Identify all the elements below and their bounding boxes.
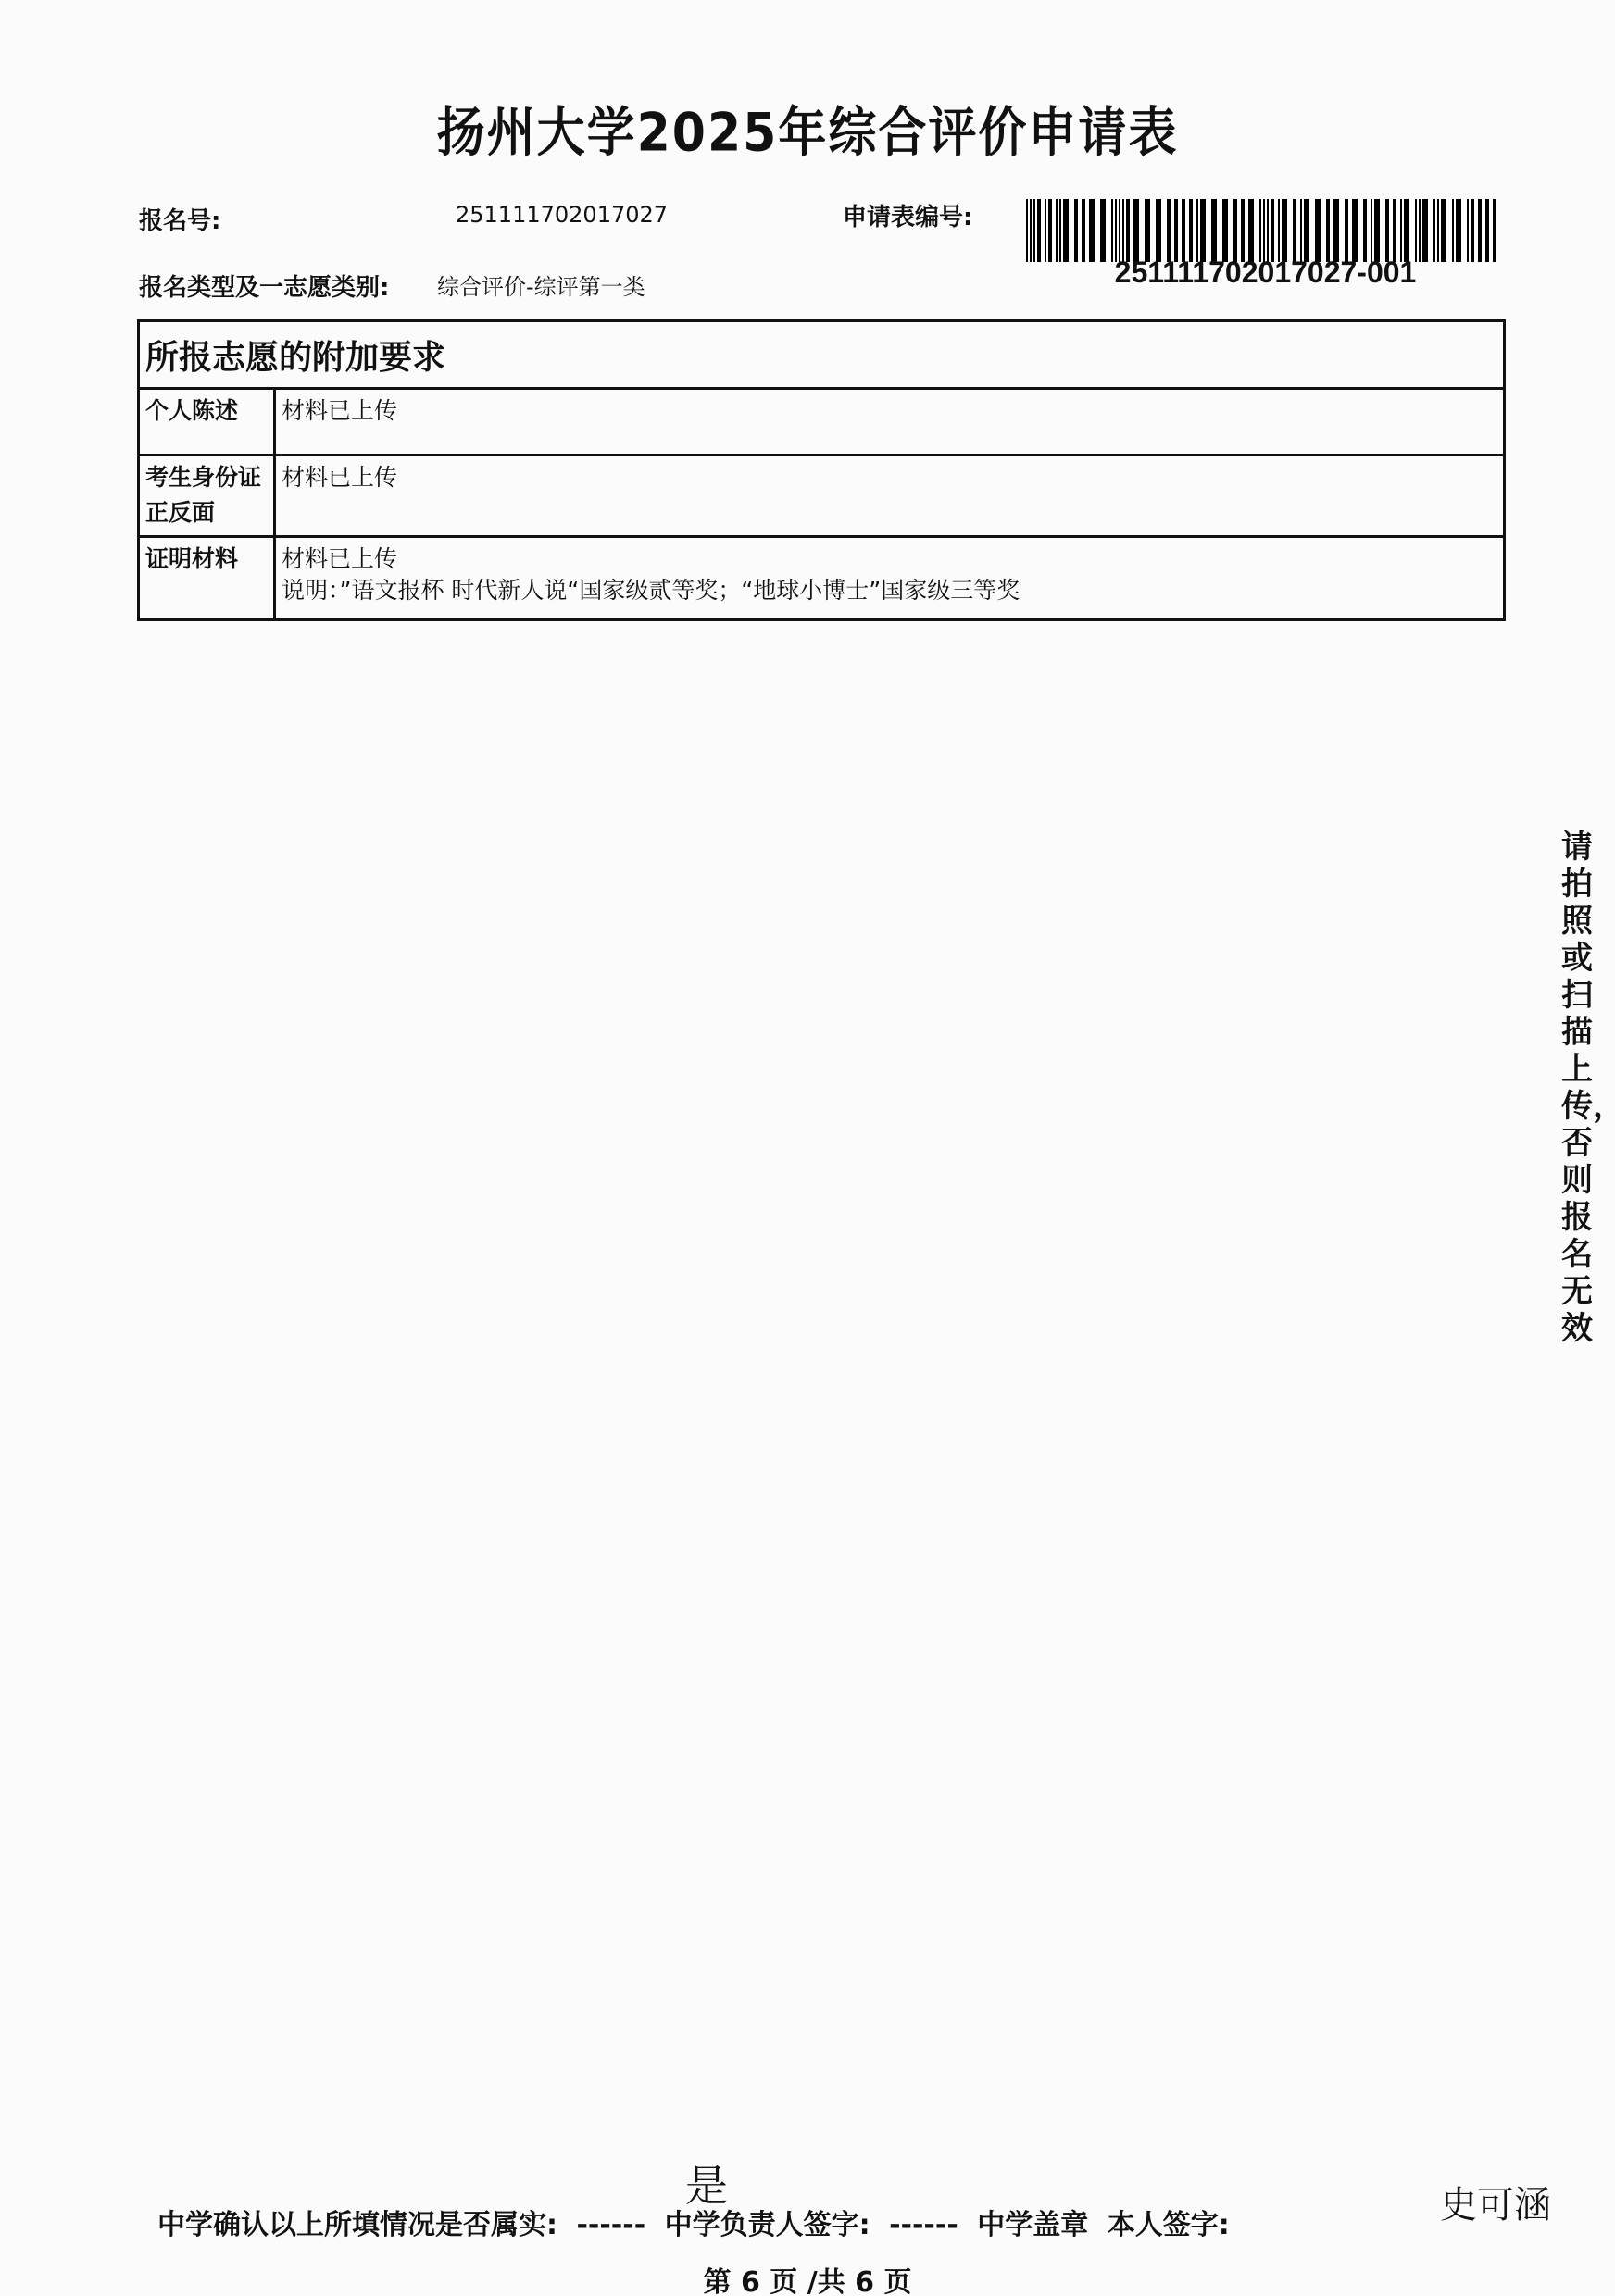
principal-label: 中学负责人签字:	[665, 2209, 870, 2241]
type-label: 报名类型及一志愿类别:	[139, 268, 389, 303]
row-label: 考生身份证正反面	[139, 455, 275, 537]
reg-no-label: 报名号:	[139, 202, 220, 236]
principal-blank[interactable]: ------	[889, 2209, 958, 2241]
table-row: 证明材料 材料已上传 说明：”语文报杯 时代新人说“国家级贰等奖；“地球小博士”…	[139, 537, 1505, 620]
form-no-label: 申请表编号:	[843, 198, 972, 232]
reg-no-value: 251111702017027	[456, 202, 668, 228]
type-value: 综合评价-综评第一类	[437, 268, 645, 301]
side-note: 请拍照或扫描上传，否则报名无效	[1561, 829, 1593, 1347]
row-label: 个人陈述	[139, 389, 275, 455]
stamp-label: 中学盖章	[977, 2209, 1088, 2241]
table-heading: 所报志愿的附加要求	[139, 321, 1505, 389]
confirm-blank[interactable]: ------	[576, 2209, 645, 2241]
form-title: 扬州大学2025年综合评价申请表	[0, 89, 1615, 166]
row-value: 材料已上传	[282, 393, 1497, 429]
table-row: 个人陈述 材料已上传	[139, 389, 1505, 455]
confirm-label: 中学确认以上所填情况是否属实:	[157, 2209, 557, 2241]
page-number: 第 6 页 /共 6 页	[0, 2259, 1615, 2296]
table-row: 考生身份证正反面 材料已上传	[139, 455, 1505, 537]
row-note: 说明：”语文报杯 时代新人说“国家级贰等奖；“地球小博士”国家级三等奖	[282, 577, 1497, 605]
self-sign-label: 本人签字:	[1108, 2209, 1230, 2241]
requirements-table: 所报志愿的附加要求 个人陈述 材料已上传 考生身份证正反面 材料已上传 证明材料…	[137, 319, 1506, 621]
handwritten-confirm: 是	[685, 2152, 728, 2214]
handwritten-signature: 史可涵	[1440, 2176, 1551, 2228]
row-value: 材料已上传	[282, 460, 1497, 495]
row-value: 材料已上传	[282, 542, 1497, 577]
barcode-icon	[1026, 199, 1505, 262]
form-no-value: 251111702017027-001	[1026, 256, 1505, 290]
row-label: 证明材料	[139, 537, 275, 620]
